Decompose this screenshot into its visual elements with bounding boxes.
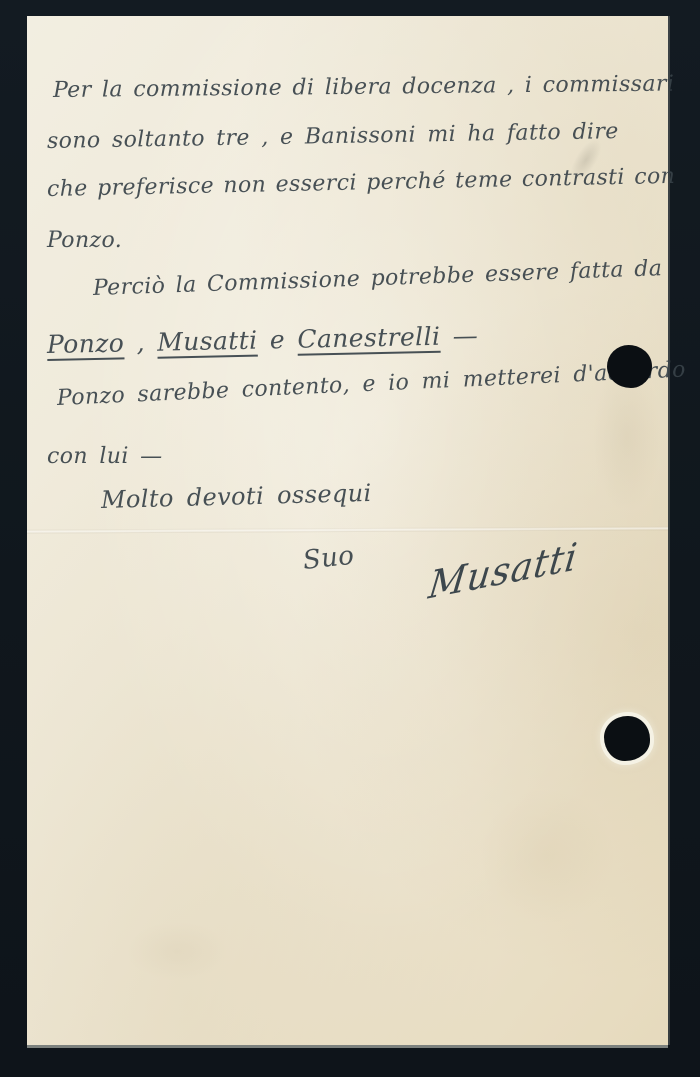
names-separator-1: , (124, 328, 158, 358)
name-ponzo: Ponzo (47, 328, 125, 359)
scanned-letter-background: Per la commissione di libera docenza , i… (0, 0, 700, 1077)
name-musatti: Musatti (157, 326, 258, 357)
letter-line-5: Perciò la Commissione potrebbe essere fa… (93, 256, 663, 301)
letter-line-1: Per la commissione di libera docenza , i… (53, 71, 675, 103)
names-dash: — (440, 321, 478, 351)
letter-line-7: Ponzo sarebbe contento, e io mi metterei… (56, 357, 686, 411)
letter-line-4: Ponzo. (47, 228, 122, 253)
names-separator-2: e (257, 325, 297, 355)
hole-punch-top (607, 345, 652, 388)
letter-line-3: che preferisce non esserci perché teme c… (47, 164, 676, 202)
letter-line-2: sono soltanto tre , e Banissoni mi ha fa… (47, 119, 619, 154)
closing-line: Molto devoti ossequi (101, 479, 372, 514)
paper-stain (467, 776, 627, 936)
fold-crease (27, 526, 668, 533)
name-canestrelli: Canestrelli (297, 322, 441, 354)
valediction: Suo (301, 541, 355, 576)
signature: Musatti (426, 534, 580, 608)
commission-names-line: Ponzo , Musatti e Canestrelli — (47, 321, 479, 359)
letter-line-8: con lui — (47, 444, 163, 469)
hole-punch-bottom (604, 716, 650, 761)
letter-paper: Per la commissione di libera docenza , i… (27, 16, 668, 1045)
paper-stain (117, 916, 237, 986)
